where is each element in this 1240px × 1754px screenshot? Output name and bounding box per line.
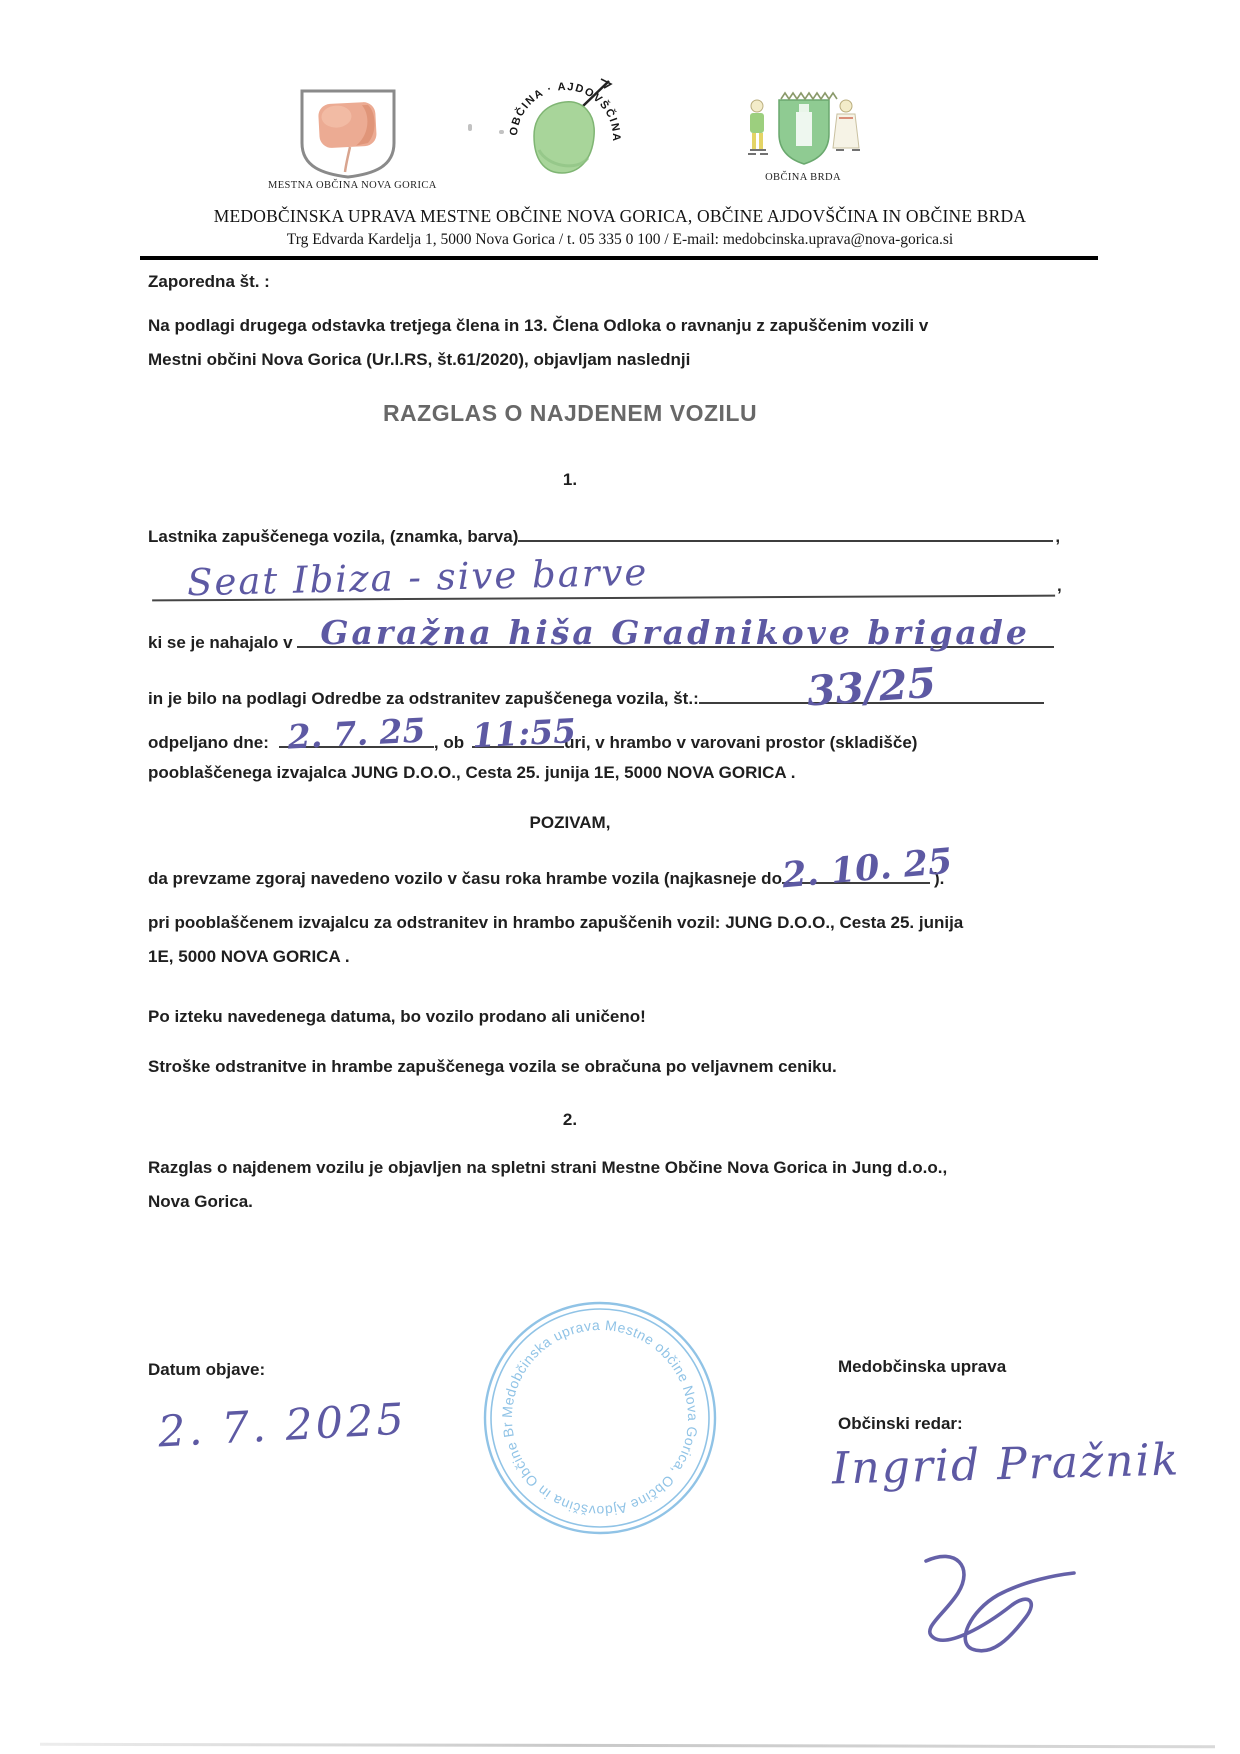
publication-line2: Nova Gorica. <box>148 1192 253 1212</box>
publication-line1: Razglas o najdenem vozilu je objavljen n… <box>148 1158 947 1178</box>
office-name: Medobčinska uprava <box>838 1357 1006 1377</box>
officer-name-handwritten: Ingrid Pražnik <box>831 1438 1180 1491</box>
header-divider <box>140 256 1098 260</box>
owner-blank-line <box>518 521 1053 542</box>
keeper-address-line2: 1E, 5000 NOVA GORICA . <box>148 947 350 967</box>
owner-label: Lastnika zapuščenega vozila, (znamka, ba… <box>148 527 518 546</box>
officer-role-label: Občinski redar: <box>838 1414 963 1434</box>
intro-line2-post: (Ur.l.RS, št.61/2020), objavljam nasledn… <box>362 350 691 369</box>
line-end-comma: , <box>1055 527 1060 546</box>
order-handwritten-value: 33/25 <box>698 655 1045 720</box>
location-label: ki se je nahajalo v <box>148 633 293 652</box>
costs-notice: Stroške odstranitve in hrambe zapuščeneg… <box>148 1057 837 1077</box>
brda-coat-of-arms <box>733 84 865 170</box>
scan-artifact-line <box>40 1743 1215 1748</box>
owner-row: Lastnika zapuščenega vozila, (znamka, ba… <box>148 521 1060 547</box>
towed-date-handwritten: 2. 7. 25 <box>278 713 435 754</box>
location-handwritten-value: Garažna hiša Gradnikove brigade <box>297 616 1054 649</box>
stamp-text: Medobčinska uprava Mestne občine Nova Go… <box>478 1296 701 1519</box>
nova-gorica-caption: MESTNA OBČINA NOVA GORICA <box>268 180 428 191</box>
order-label: in je bilo na podlagi Odredbe za odstran… <box>148 689 699 708</box>
document-title: RAZGLAS O NAJDENEM VOZILU <box>0 400 1140 427</box>
vehicle-blank-line: Seat Ibiza - sive barve <box>152 550 1055 602</box>
pickup-pre: da prevzame zgoraj navedeno vozilo v čas… <box>148 869 782 888</box>
pickup-row: da prevzame zgoraj navedeno vozilo v čas… <box>148 863 944 889</box>
vehicle-handwritten-value: Seat Ibiza - sive barve <box>187 554 649 601</box>
ajdovscina-logo: OBČINA · AJDOVŠČINA <box>503 74 627 196</box>
section-1-number: 1. <box>0 470 1140 490</box>
svg-text:Medobčinska uprava Mestne obči: Medobčinska uprava Mestne občine Nova Go… <box>478 1296 701 1519</box>
line-end-comma: , <box>1057 576 1062 596</box>
towed-date-blank: 2. 7. 25 <box>279 727 434 748</box>
towed-label: odpeljano dne: <box>148 733 269 752</box>
org-contact: Trg Edvarda Kardelja 1, 5000 Nova Gorica… <box>0 231 1240 249</box>
towed-post: uri, v hrambo v varovani prostor (skladi… <box>564 733 917 752</box>
location-row: ki se je nahajalo vGaražna hiša Gradniko… <box>148 627 1054 653</box>
towed-mid: , ob <box>434 733 464 752</box>
section-2-number: 2. <box>0 1110 1140 1130</box>
summon-heading: POZIVAM, <box>0 813 1140 833</box>
intro-line2: Mestni občini Nova Gorica (Ur.l.RS, št.6… <box>148 350 690 370</box>
intro-line2-pre: Mestni <box>148 350 207 369</box>
scan-artifact-dot <box>468 124 472 131</box>
towed-row: odpeljano dne:2. 7. 25, ob11:55uri, v hr… <box>148 727 917 753</box>
org-name: MEDOBČINSKA UPRAVA MESTNE OBČINE NOVA GO… <box>0 206 1240 227</box>
scanned-document-page: MESTNA OBČINA NOVA GORICA OBČINA · AJDOV… <box>0 0 1240 1754</box>
keeper-line: pooblaščenega izvajalca JUNG D.O.O., Ces… <box>148 763 795 783</box>
intro-line2-bold: občini Nova Gorica <box>207 350 362 369</box>
publish-date-handwritten: 2. 7. 2025 <box>157 1399 408 1455</box>
order-blank-line: 33/25 <box>699 683 1044 704</box>
brda-caption: OBČINA BRDA <box>738 172 868 183</box>
towed-time-blank: 11:55 <box>472 727 564 748</box>
order-row: in je bilo na podlagi Odredbe za odstran… <box>148 683 1044 709</box>
expiry-notice: Po izteku navedenega datuma, bo vozilo p… <box>148 1007 646 1027</box>
official-stamp: Medobčinska uprava Mestne občine Nova Go… <box>478 1296 722 1540</box>
location-blank-line: Garažna hiša Gradnikove brigade <box>297 627 1054 648</box>
keeper-address-line1: pri pooblaščenem izvajalcu za odstranite… <box>148 913 963 933</box>
deadline-handwritten: 2. 10. 25 <box>781 846 931 894</box>
deadline-blank-line: 2. 10. 25 <box>782 863 930 884</box>
towed-time-handwritten: 11:55 <box>471 715 565 753</box>
nova-gorica-coat-of-arms <box>295 88 401 180</box>
intro-line1: Na podlagi drugega odstavka tretjega čle… <box>148 316 928 336</box>
signature <box>898 1545 1098 1660</box>
serial-number-label: Zaporedna št. : <box>148 272 270 292</box>
publish-date-label: Datum objave: <box>148 1360 265 1380</box>
